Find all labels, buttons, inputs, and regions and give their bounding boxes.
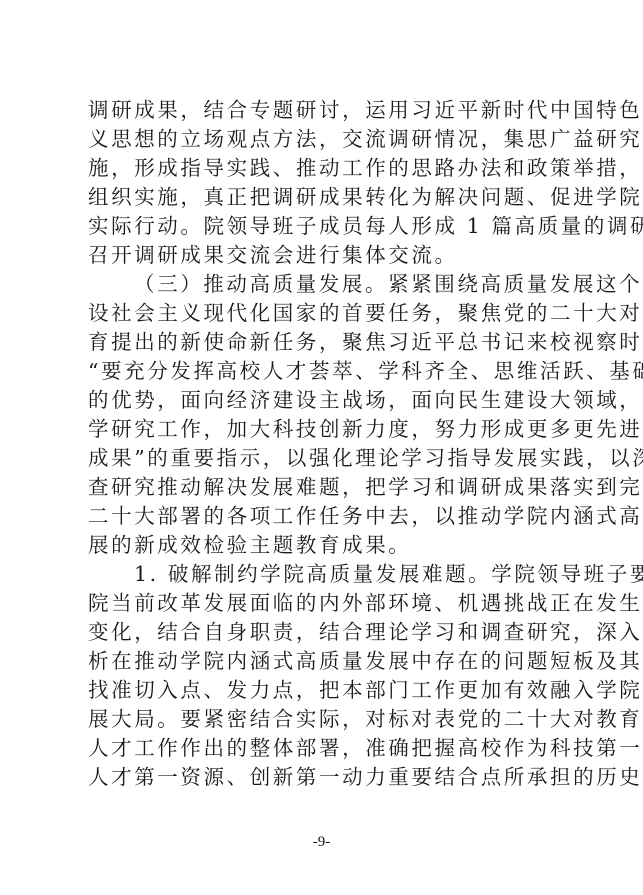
text-line: 二十大部署的各项工作任务中去，以推动学院内涵式高质量发 <box>88 502 558 531</box>
text-line: （三）推动高质量发展。紧紧围绕高质量发展这个全面建 <box>88 270 558 299</box>
text-line: 变化，结合自身职责，结合理论学习和调查研究，深入查找分 <box>88 618 558 647</box>
document-page: 调研成果，结合专题研讨，运用习近平新时代中国特色社会主义思想的立场观点方法，交流… <box>0 0 643 895</box>
text-line: “要充分发挥高校人才荟萃、学科齐全、思维活跃、基础雄厚 <box>88 357 558 386</box>
text-line: 成果”的重要指示，以强化理论学习指导发展实践，以深化调 <box>88 444 558 473</box>
text-line: 展大局。要紧密结合实际，对标对表党的二十大对教育、科技、 <box>88 705 558 734</box>
text-line: 实际行动。院领导班子成员每人形成 1 篇高质量的调研报告， <box>88 212 558 241</box>
text-line: 1. 破解制约学院高质量发展难题。学院领导班子要结合学 <box>88 560 558 589</box>
text-line: 设社会主义现代化国家的首要任务，聚焦党的二十大对高等教 <box>88 299 558 328</box>
text-line: 组织实施，真正把调研成果转化为解决问题、促进学院发展的 <box>88 183 558 212</box>
text-line: 育提出的新使命新任务，聚焦习近平总书记来校视察时提出的 <box>88 328 558 357</box>
text-line: 学研究工作，加大科技创新力度，努力形成更多更先进的创新 <box>88 415 558 444</box>
text-line: 析在推动学院内涵式高质量发展中存在的问题短板及其根源， <box>88 647 558 676</box>
text-line: 人才第一资源、创新第一动力重要结合点所承担的历史使命， <box>88 763 558 792</box>
text-line: 院当前改革发展面临的内外部环境、机遇挑战正在发生的深刻 <box>88 589 558 618</box>
text-line: 施，形成指导实践、推动工作的思路办法和政策举措，并抓好 <box>88 154 558 183</box>
text-line: 找准切入点、发力点，把本部门工作更加有效融入学院事业发 <box>88 676 558 705</box>
text-line: 调研成果，结合专题研讨，运用习近平新时代中国特色社会主 <box>88 96 558 125</box>
text-line: 义思想的立场观点方法，交流调研情况，集思广益研究对策措 <box>88 125 558 154</box>
page-number: -9- <box>0 834 643 851</box>
text-line: 查研究推动解决发展难题，把学习和调研成果落实到完成党的 <box>88 473 558 502</box>
text-line: 人才工作作出的整体部署，准确把握高校作为科技第一生产力、 <box>88 734 558 763</box>
text-line: 召开调研成果交流会进行集体交流。 <box>88 241 558 270</box>
text-line: 展的新成效检验主题教育成果。 <box>88 531 558 560</box>
body-text: 调研成果，结合专题研讨，运用习近平新时代中国特色社会主义思想的立场观点方法，交流… <box>88 96 558 792</box>
text-line: 的优势，面向经济建设主战场，面向民生建设大领域，加强科 <box>88 386 558 415</box>
